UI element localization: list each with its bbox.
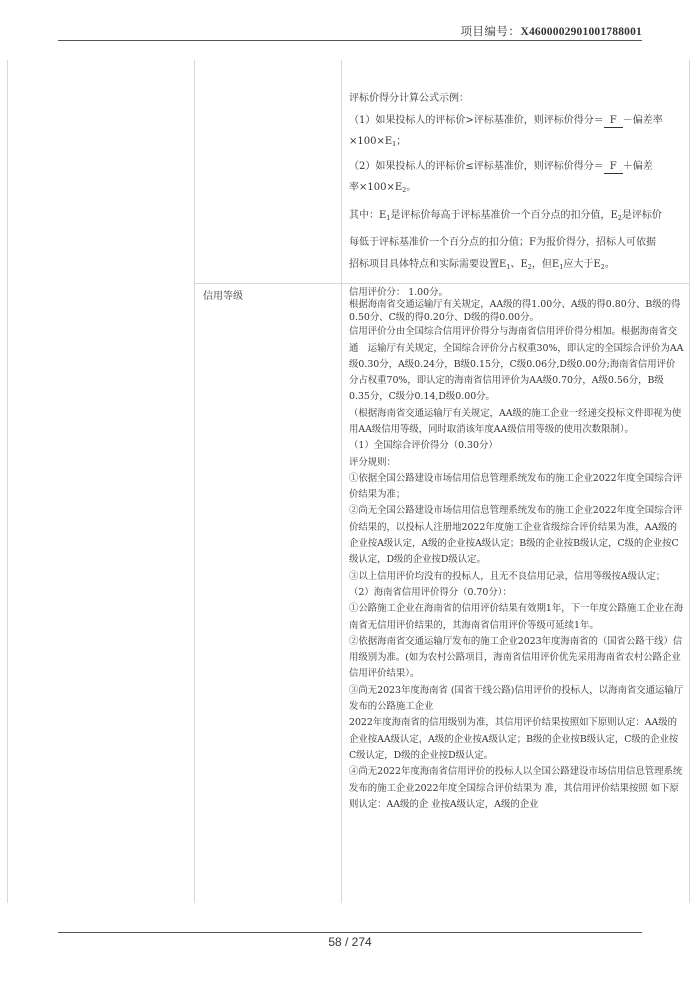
formula-note-2: 每低于评标基准价一个百分点的扣分值；F为报价得分，招标人可依据 <box>349 232 684 254</box>
credit-paragraph: 2022年度海南省的信用级别为准，其信用评价结果按照如下原则认定：AA级的企业按… <box>349 715 684 764</box>
formula-case-1-cont: ×100×E1； <box>349 131 684 156</box>
table-column-divider-2 <box>341 60 342 903</box>
credit-paragraph: 评分规则： <box>349 455 684 471</box>
formula-case-1: （1）如果投标人的评标价>评标基准价，则评标价得分＝F－偏差率 <box>349 110 684 132</box>
credit-paragraph: 信用评价分由全国综合信用评价得分与海南省信用评价得分相加。根据海南省交通 运输厅… <box>349 324 684 405</box>
credit-score-total: 信用评价分： 1.00分。 <box>349 287 684 299</box>
credit-paragraph: （根据海南省交通运输厅有关规定，AA级的施工企业一经递交投标文件即视为使用AA级… <box>349 406 684 439</box>
credit-paragraph: ①依据全国公路建设市场信用信息管理系统发布的施工企业2022年度全国综合评价结果… <box>349 471 684 504</box>
formula-note-1: 其中：E1是评标价每高于评标基准价一个百分点的扣分值，E2是评标价 <box>349 205 684 230</box>
project-number-value: X4600002901001788001 <box>520 26 642 38</box>
formula-case-2-cont: 率×100×E2。 <box>349 177 684 202</box>
credit-paragraph: ①公路施工企业在海南省的信用评价结果有效期1年，下一年度公路施工企业在海南省无信… <box>349 601 684 634</box>
table-row-divider <box>194 283 689 284</box>
project-number-label: 项目编号： <box>460 24 520 38</box>
credit-paragraph: （2）海南省信用评价得分（0.70分）： <box>349 585 684 601</box>
credit-paragraph: ②尚无全国公路建设市场信用信息管理系统发布的施工企业2022年度全国综合评价结果… <box>349 503 684 568</box>
credit-paragraph: ③尚无2023年度海南省 (国省干线公路)信用评价的投标人，以海南省交通运输厅发… <box>349 683 684 716</box>
page-number: 58 / 274 <box>0 935 700 949</box>
formula-case-2: （2）如果投标人的评标价≤评标基准价，则评标价得分＝F＋偏差 <box>349 156 684 178</box>
page-header: 项目编号：X4600002901001788001 <box>58 22 642 41</box>
bid-price-formula-cell: 评标价得分计算公式示例： （1）如果投标人的评标价>评标基准价，则评标价得分＝F… <box>349 88 684 278</box>
table-border-right <box>689 60 690 903</box>
credit-score-levels: 根据海南省交通运输厅有关规定，AA级的得1.00分、A级的得0.80分、B级的得… <box>349 299 684 324</box>
table-column-divider-1 <box>194 60 195 903</box>
table-border-left <box>7 60 8 903</box>
credit-paragraph: ③以上信用评价均没有的投标人，且无不良信用记录，信用等级按A级认定； <box>349 569 684 585</box>
credit-paragraph: ④尚无2022年度海南省信用评价的投标人以全国公路建设市场信用信息管理系统发布的… <box>349 764 684 813</box>
credit-rating-cell: 信用评价分： 1.00分。 根据海南省交通运输厅有关规定，AA级的得1.00分、… <box>349 287 684 813</box>
credit-paragraph: ②依据海南省交通运输厅发布的施工企业2023年度海南省的（国省公路干线）信用级别… <box>349 634 684 683</box>
footer-rule <box>58 932 642 933</box>
formula-note-3: 招标项目具体特点和实际需要设置E1、E2，但E1应大于E2。 <box>349 254 684 279</box>
formula-title: 评标价得分计算公式示例： <box>349 88 684 110</box>
credit-rating-label: 信用等级 <box>203 287 243 302</box>
credit-paragraph: （1）全国综合评价得分（0.30分） <box>349 438 684 454</box>
